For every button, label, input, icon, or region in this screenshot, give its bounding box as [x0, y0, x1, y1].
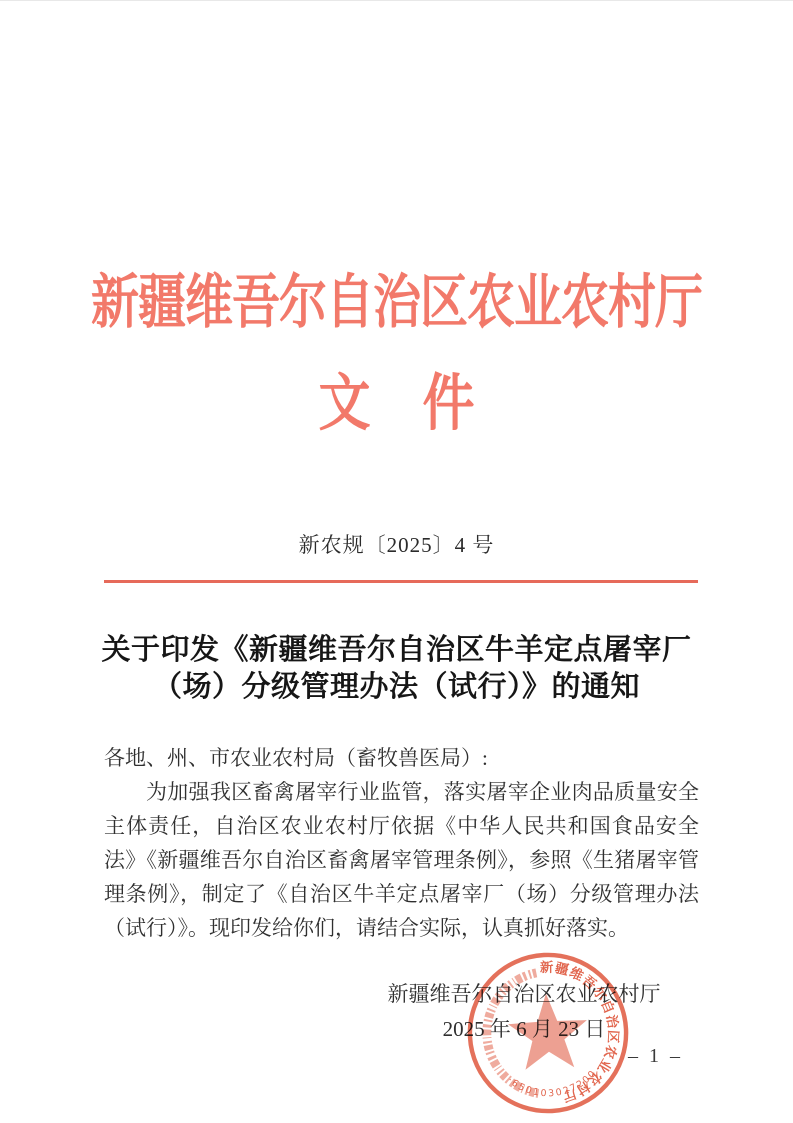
document-number: 新农规〔2025〕4 号: [0, 529, 793, 559]
body-salutation: 各地、州、市农业农村局（畜牧兽医局）:: [104, 741, 699, 775]
document-title-line1: 关于印发《新疆维吾尔自治区牛羊定点屠宰厂: [101, 634, 691, 666]
letterhead-doc-type: 文 件: [0, 353, 793, 442]
document-body: 各地、州、市农业农村局（畜牧兽医局）: 为加强我区畜禽屠宰行业监管，落实屠宰企业…: [104, 741, 699, 945]
body-paragraph: 为加强我区畜禽屠宰行业监管，落实屠宰企业肉品质量安全主体责任，自治区农业农村厅依…: [104, 775, 699, 945]
signature-date: 2025 年 6 月 23 日: [386, 1012, 662, 1047]
page-number: – 1 –: [628, 1045, 683, 1068]
signature-agency: 新疆维吾尔自治区农业农村厅: [386, 977, 662, 1012]
letterhead-agency-name: 新疆维吾尔自治区农业农村厅: [0, 255, 793, 339]
letterhead-divider-rule: [104, 580, 698, 583]
document-title-line2: （场）分级管理办法（试行）》的通知: [153, 671, 640, 703]
signature-block: 新疆维吾尔自治区农业农村厅 2025 年 6 月 23 日: [386, 977, 662, 1047]
document-title: 关于印发《新疆维吾尔自治区牛羊定点屠宰厂 （场）分级管理办法（试行）》的通知: [60, 632, 733, 706]
official-document-page: 新疆维吾尔自治区农业农村厅 文 件 新农规〔2025〕4 号 关于印发《新疆维吾…: [0, 0, 793, 1123]
